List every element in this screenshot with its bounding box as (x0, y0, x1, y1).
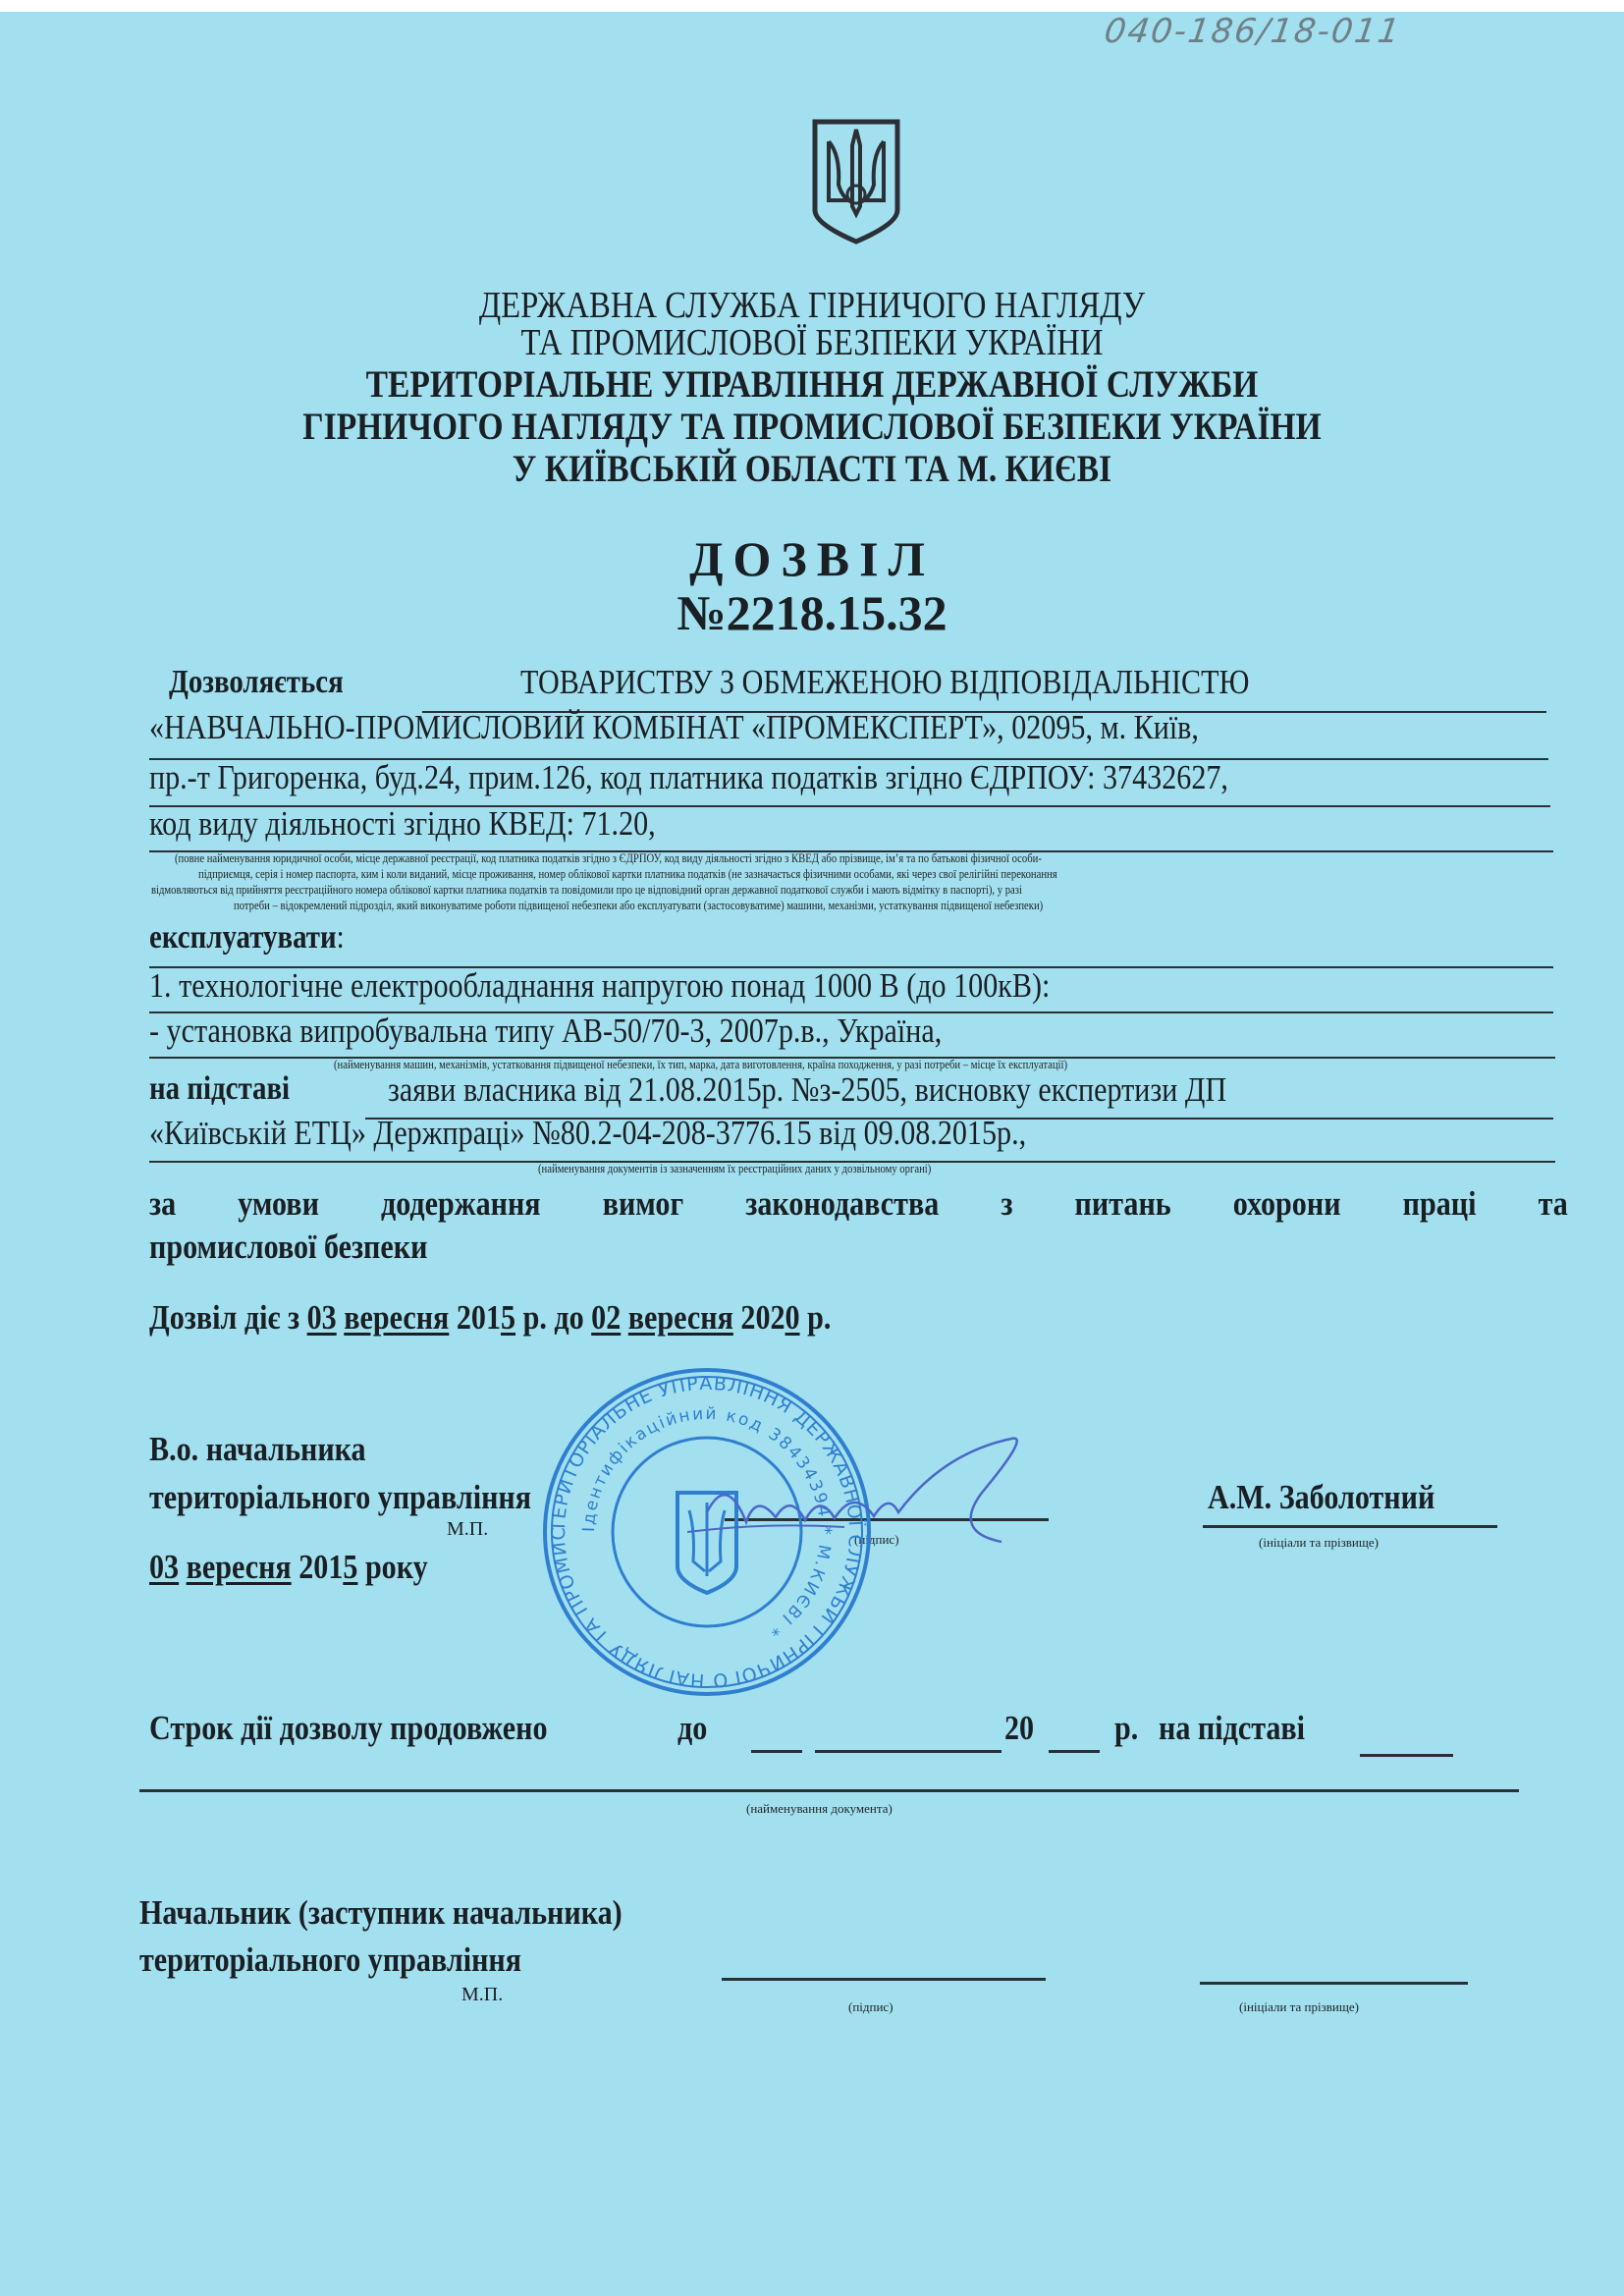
permitted-line-4: код виду діяльності згідно КВЕД: 71.20, (149, 804, 656, 844)
header-line-2: ТА ПРОМИСЛОВОЇ БЕЗПЕКИ УКРАЇНИ (114, 324, 1510, 361)
second-signature-field[interactable] (722, 1978, 1046, 1981)
basis-line-1: заяви власника від 21.08.2015р. №з-2505,… (388, 1070, 1226, 1110)
valid-to-day: 02 (591, 1298, 621, 1337)
condition-line-2: промислової безпеки (149, 1228, 427, 1267)
trident-coat-of-arms-icon (809, 116, 903, 246)
extension-month-field[interactable] (815, 1750, 1001, 1753)
valid-from-day: 03 (307, 1298, 337, 1337)
extension-year-prefix: 20 (1004, 1709, 1034, 1748)
extension-year-suffix: р. (1114, 1709, 1138, 1748)
second-stamp-place-label: М.П. (461, 1984, 503, 2006)
second-name-field[interactable] (1200, 1982, 1468, 1985)
extension-label: Строк дії дозволу продовжено (149, 1709, 548, 1748)
operate-line-1: 1. технологічне електрообладнання напруг… (149, 966, 1050, 1006)
basis-label: на підставі (149, 1070, 290, 1108)
signatory-role-2: територіального управління (149, 1478, 531, 1517)
second-signature-caption: (підпис) (848, 1999, 893, 2015)
extension-document-field[interactable] (139, 1789, 1519, 1792)
basis-line-2: «Київській ЕТЦ» Держпраці» №80.2-04-208-… (149, 1114, 1026, 1153)
header-line-3: ТЕРИТОРІАЛЬНЕ УПРАВЛІННЯ ДЕРЖАВНОЇ СЛУЖБ… (114, 365, 1510, 404)
permitted-caption-4: потреби – відокремлений підрозділ, який … (234, 898, 1043, 913)
permitted-label: Дозволяється (169, 664, 344, 701)
basis-caption: (найменування документів із зазначенням … (538, 1161, 931, 1176)
second-name-caption: (ініціали та прізвище) (1239, 1999, 1359, 2015)
rule (1203, 1525, 1497, 1528)
document-title: ДОЗВІЛ (0, 530, 1624, 587)
permitted-caption-2: підприємця, серія і номер паспорта, ким … (198, 866, 1057, 882)
extension-year-field[interactable] (1049, 1750, 1100, 1753)
condition-line-1: за умови додержання вимог законодавства … (149, 1184, 1568, 1224)
second-signatory-role-2: територіального управління (139, 1941, 521, 1980)
operate-label: експлуатувати: (149, 919, 345, 957)
permitted-line-2: «НАВЧАЛЬНО-ПРОМИСЛОВИЙ КОМБІНАТ «ПРОМЕКС… (149, 708, 1199, 747)
operate-line-2: - установка випробувальна типу АВ-50/70-… (149, 1011, 942, 1051)
permitted-line-1: ТОВАРИСТВУ З ОБМЕЖЕНОЮ ВІДПОВІДАЛЬНІСТЮ (520, 663, 1249, 702)
header-line-4: ГІРНИЧОГО НАГЛЯДУ ТА ПРОМИСЛОВОЇ БЕЗПЕКИ… (114, 408, 1510, 446)
extension-basis-field[interactable] (1360, 1754, 1453, 1757)
handwritten-signature (687, 1434, 1060, 1552)
validity-period: Дозвіл діє з 03 вересня 2015 р. до 02 ве… (149, 1298, 831, 1338)
extension-to: до (677, 1709, 707, 1748)
name-caption: (ініціали та прізвище) (1259, 1535, 1379, 1551)
permitted-caption-3: відмовляються від прийняття реєстраційно… (151, 882, 1022, 898)
permitted-line-3: пр.-т Григоренка, буд.24, прим.126, код … (149, 758, 1228, 797)
extension-caption: (найменування документа) (746, 1801, 893, 1817)
extension-day-field[interactable] (751, 1750, 802, 1753)
handwritten-registration-number: 040-186/18-011 (1102, 12, 1404, 51)
valid-from-month: вересня (344, 1298, 449, 1337)
permitted-caption-1: (повне найменування юридичної особи, міс… (175, 850, 1042, 866)
header-line-5: У КИЇВСЬКІЙ ОБЛАСТІ ТА М. КИЄВІ (114, 450, 1510, 488)
permit-number: №2218.15.32 (0, 584, 1624, 641)
signatory-role-1: В.о. начальника (149, 1430, 366, 1469)
signatory-name: А.М. Заболотний (1208, 1478, 1435, 1517)
signatory-date: 03 вересня 2015 року (149, 1548, 428, 1587)
extension-basis-label: на підставі (1159, 1709, 1305, 1748)
header-line-1: ДЕРЖАВНА СЛУЖБА ГІРНИЧОГО НАГЛЯДУ (114, 287, 1510, 324)
valid-to-month: вересня (628, 1298, 733, 1337)
second-signatory-role-1: Начальник (заступник начальника) (139, 1893, 623, 1933)
stamp-place-label: М.П. (447, 1518, 488, 1541)
